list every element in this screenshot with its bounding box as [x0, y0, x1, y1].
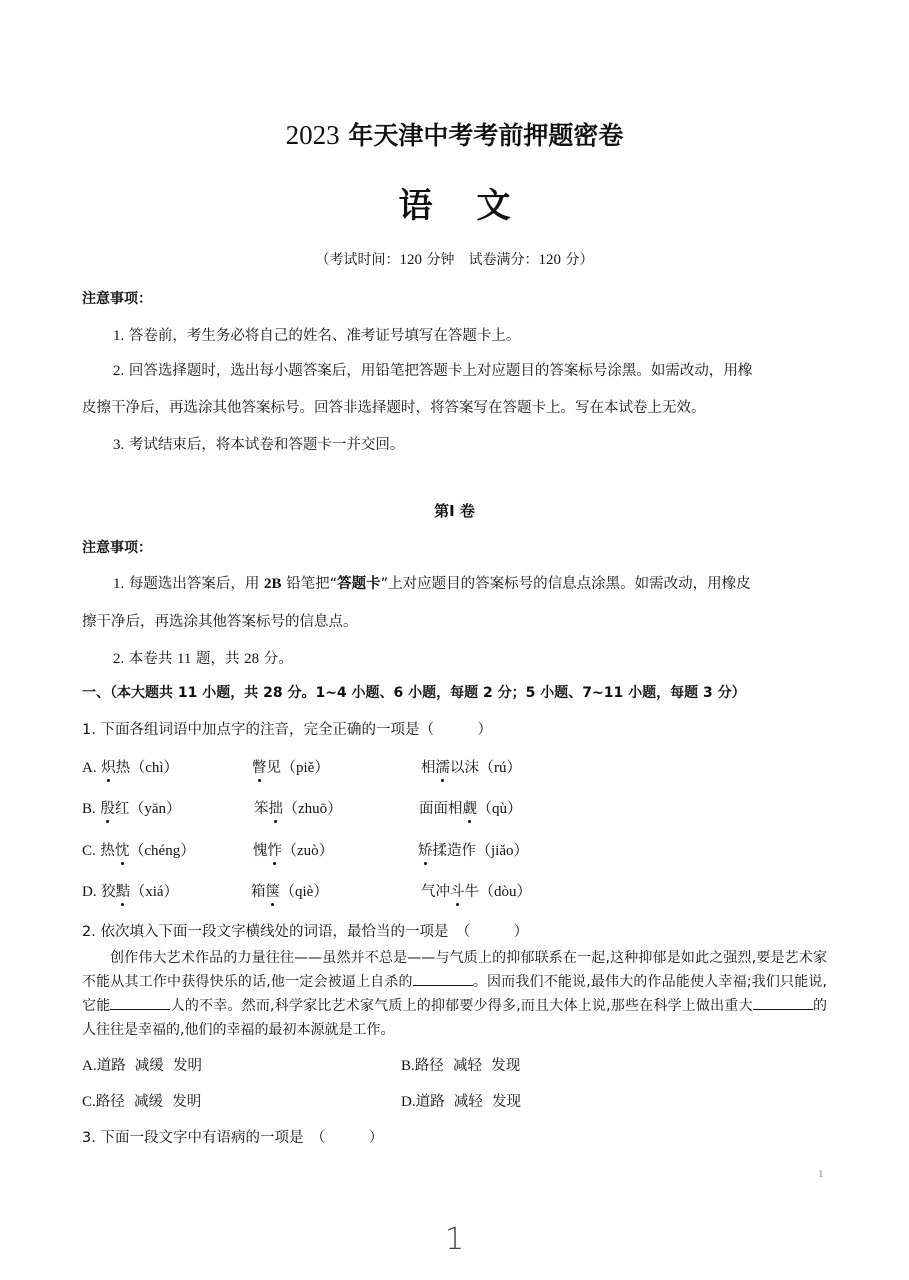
word-part: 热	[100, 843, 115, 859]
item-number: 2.	[113, 651, 124, 667]
q2-option-d[interactable]: D.道路 减轻 发现	[401, 1090, 521, 1111]
item-number: 3.	[113, 437, 124, 453]
exam-meta: （考试时间：120 分钟 试卷满分：120 分）	[0, 249, 909, 269]
word-part: 见	[267, 760, 282, 776]
word-part: 狡	[101, 884, 116, 900]
pinyin: （chéng）	[129, 843, 195, 859]
q1-option-c[interactable]: C. 热忱（chéng）	[82, 839, 195, 860]
dotted-char: 濡	[436, 756, 451, 777]
dotted-char: 忱	[115, 839, 130, 860]
option-letter: A.	[82, 760, 97, 776]
section-title: 第Ⅰ 卷	[0, 500, 909, 521]
question-2-stem: 2. 依次填入下面一段文字横线处的词语，最恰当的一项是 （ ）	[82, 920, 528, 941]
pinyin: （dòu）	[479, 884, 532, 900]
dotted-char: 怍	[268, 839, 283, 860]
points-total: 28	[244, 651, 259, 667]
pinyin: （xiá）	[130, 884, 178, 900]
dotted-char: 炽	[101, 756, 116, 777]
item-number: 1.	[113, 576, 124, 592]
pinyin: （piě）	[281, 760, 329, 776]
fill-blank-1[interactable]	[413, 971, 473, 986]
dotted-char: 瞥	[252, 756, 267, 777]
question-1-stem: 1. 下面各组词语中加点字的注音，完全正确的一项是（ ）	[82, 718, 492, 739]
title-year: 2023	[286, 120, 340, 150]
item-number: 1.	[113, 328, 124, 344]
word-part: 箱	[251, 884, 266, 900]
word-part: 气冲	[421, 884, 450, 900]
q1-option-d-word-2: 箱箧（qiè）	[251, 880, 328, 901]
exam-time-unit: 分钟 试卷满分：	[422, 252, 538, 268]
page-number-footer: 1	[818, 1168, 824, 1180]
section-notice-heading: 注意事项：	[82, 537, 152, 557]
subject-char-2: 文	[477, 186, 511, 226]
q1-option-b[interactable]: B. 殷红（yān）	[82, 797, 181, 818]
subject-char-1: 语	[399, 186, 433, 226]
pinyin: （chì）	[130, 760, 178, 776]
pinyin: （yān）	[129, 801, 181, 817]
item-text: 每题选出答案后，用	[124, 576, 264, 592]
exam-meta-label: （考试时间：	[316, 252, 400, 268]
q1-option-a-word-3: 相濡以沫（rú）	[421, 756, 522, 777]
fill-blank-3[interactable]	[753, 995, 813, 1010]
q1-option-d[interactable]: D. 狡黠（xiá）	[82, 880, 179, 901]
option-text: 道路 减缓 发明	[97, 1058, 202, 1074]
question-count: 11	[177, 651, 191, 667]
dotted-char: 黠	[116, 880, 131, 901]
answer-card-emphasis: 答题卡	[337, 576, 381, 592]
document-title: 2023 年天津中考考前押题密卷	[0, 116, 909, 152]
option-letter: C.	[82, 1094, 96, 1110]
question-3-stem: 3. 下面一段文字中有语病的一项是 （ ）	[82, 1126, 383, 1147]
word-part: 面面相	[419, 801, 463, 817]
q1-option-d-word-3: 气冲斗牛（dòu）	[421, 880, 532, 901]
item-text: 考试结束后，将本试卷和答题卡一并交回。	[124, 437, 404, 453]
dotted-char: 箧	[266, 880, 281, 901]
section-notice-item-2: 2. 本卷共 11 题，共 28 分。	[113, 647, 293, 668]
fill-blank-2[interactable]	[110, 995, 170, 1010]
word-part: 红	[115, 801, 130, 817]
pinyin: （zhuō）	[283, 801, 342, 817]
full-score-unit: 分）	[561, 252, 593, 268]
dotted-char: 拙	[269, 797, 284, 818]
word-part: 愧	[253, 843, 268, 859]
option-text: 路径 减轻 发现	[415, 1058, 520, 1074]
dotted-char: 殷	[100, 797, 115, 818]
q1-option-a[interactable]: A. 炽热（chì）	[82, 756, 179, 777]
subject-title: 语文	[0, 178, 909, 227]
dotted-char: 斗	[450, 880, 465, 901]
option-letter: B.	[82, 801, 96, 817]
q1-option-c-word-3: 矫揉造作（jiǎo）	[418, 839, 529, 860]
item-text: ”上对应题目的答案标号的信息点涂黑。如需改动，用橡皮	[381, 576, 751, 592]
q1-option-b-word-2: 笨拙（zhuō）	[254, 797, 342, 818]
page-number-viewer: 1	[445, 1222, 464, 1257]
option-text: 道路 减轻 发现	[416, 1094, 521, 1110]
notice-item-2: 2. 回答选择题时，选出每小题答案后，用铅笔把答题卡上对应题目的答案标号涂黑。如…	[113, 359, 752, 380]
notice-heading: 注意事项：	[82, 288, 152, 308]
item-text: 回答选择题时，选出每小题答案后，用铅笔把答题卡上对应题目的答案标号涂黑。如需改动…	[124, 363, 752, 379]
pinyin: （qù）	[477, 801, 522, 817]
pinyin: （rú）	[479, 760, 522, 776]
word-part: 热	[116, 760, 131, 776]
option-letter: D.	[401, 1094, 416, 1110]
word-part: 以沫	[450, 760, 479, 776]
q1-option-b-word-3: 面面相觑（qù）	[419, 797, 522, 818]
exam-time: 120	[400, 252, 423, 268]
pinyin: （qiè）	[280, 884, 328, 900]
word-part: 笨	[254, 801, 269, 817]
item-text: 本卷共	[124, 651, 177, 667]
q1-option-a-word-2: 瞥见（piě）	[252, 756, 329, 777]
item-text: 分。	[259, 651, 293, 667]
item-text: 答卷前，考生务必将自己的姓名、准考证号填写在答题卡上。	[124, 328, 520, 344]
q1-option-c-word-2: 愧怍（zuò）	[253, 839, 334, 860]
item-number: 2.	[113, 363, 124, 379]
word-part: 牛	[465, 884, 480, 900]
pencil-grade: 2B	[264, 576, 282, 592]
word-part: 相	[421, 760, 436, 776]
notice-item-3: 3. 考试结束后，将本试卷和答题卡一并交回。	[113, 433, 404, 454]
option-letter: A.	[82, 1058, 97, 1074]
part-heading: 一、（本大题共 11 小题，共 28 分。1~4 小题、6 小题，每题 2 分；…	[82, 682, 746, 702]
item-text: 铅笔把“	[281, 576, 337, 592]
passage-text: 人的不幸。然而,科学家比艺术家气质上的抑郁要少得多,而且大体上说,那些在科学上做…	[170, 998, 752, 1014]
option-text: 路径 减缓 发明	[96, 1094, 201, 1110]
option-letter: B.	[401, 1058, 415, 1074]
q2-option-c[interactable]: C.路径 减缓 发明	[82, 1090, 201, 1111]
dotted-char: 觑	[463, 797, 478, 818]
option-letter: C.	[82, 843, 96, 859]
q2-option-b[interactable]: B.路径 减轻 发现	[401, 1054, 520, 1075]
full-score: 120	[539, 252, 562, 268]
pinyin: （jiǎo）	[476, 843, 529, 859]
q2-option-a[interactable]: A.道路 减缓 发明	[82, 1054, 202, 1075]
section-notice-item-1: 1. 每题选出答案后，用 2B 铅笔把“答题卡”上对应题目的答案标号的信息点涂黑…	[113, 572, 751, 593]
section-notice-item-1-continued: 擦干净后，再选涂其他答案标号的信息点。	[82, 610, 358, 631]
title-text: 年天津中考考前押题密卷	[340, 121, 624, 150]
notice-item-1: 1. 答卷前，考生务必将自己的姓名、准考证号填写在答题卡上。	[113, 324, 520, 345]
option-letter: D.	[82, 884, 97, 900]
notice-item-2-continued: 皮擦干净后，再选涂其他答案标号。回答非选择题时，将答案写在答题卡上。写在本试卷上…	[82, 396, 706, 417]
pinyin: （zuò）	[282, 843, 334, 859]
question-2-passage: 创作伟大艺术作品的力量往往——虽然并不总是——与气质上的抑郁联系在一起,这种抑郁…	[82, 946, 827, 1042]
item-text: 题，共	[191, 651, 244, 667]
dotted-char: 矫	[418, 839, 433, 860]
word-part: 揉造作	[433, 843, 477, 859]
